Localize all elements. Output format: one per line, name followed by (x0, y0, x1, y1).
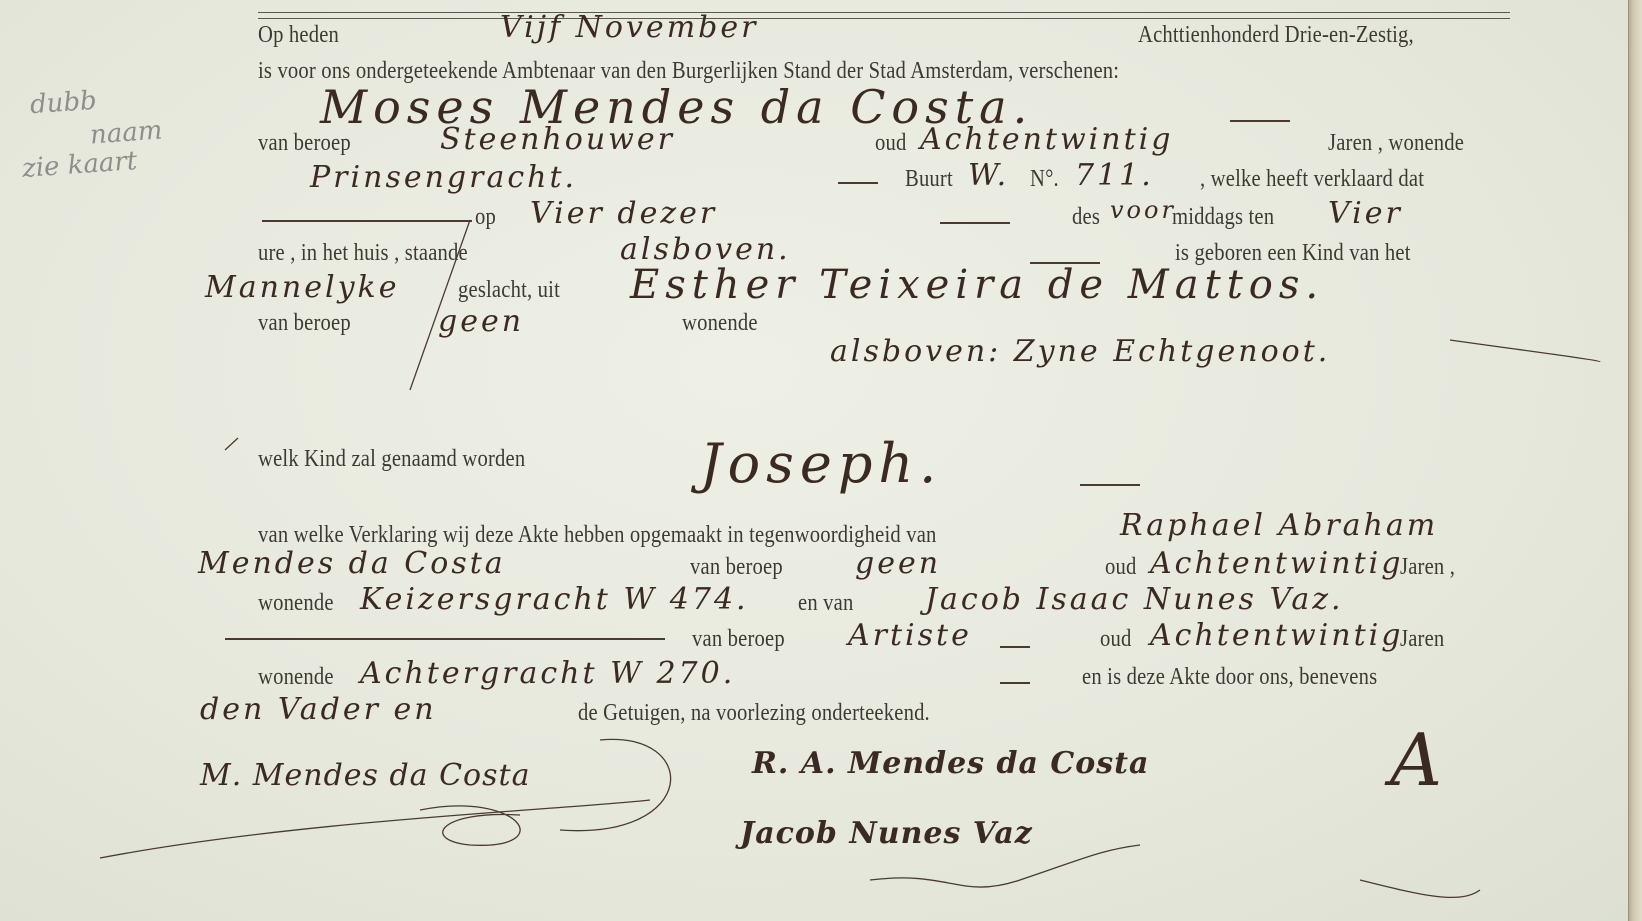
flourish-right (1450, 340, 1600, 362)
strike-stroke (410, 220, 470, 390)
ink-flourishes (0, 0, 1642, 921)
page-edge (1628, 0, 1642, 921)
comma-stroke (225, 438, 238, 450)
register-page: dubb naam zie kaart Op heden Vijf Novemb… (0, 0, 1642, 921)
flourish-oval (560, 739, 671, 830)
flourish-witness2 (870, 845, 1140, 887)
flourish-official (1360, 880, 1480, 897)
flourish-father (100, 800, 650, 858)
